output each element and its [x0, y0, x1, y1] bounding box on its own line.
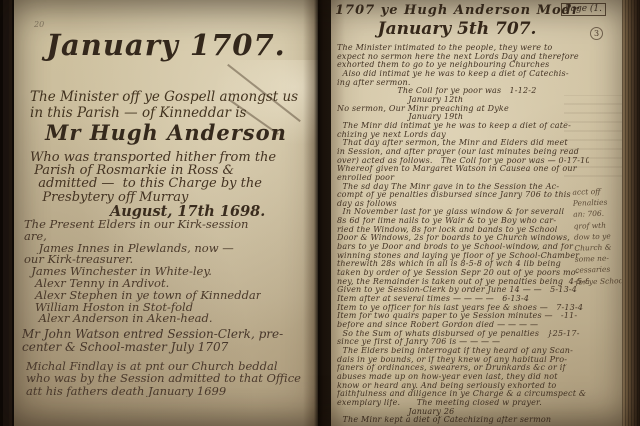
left-page-title: January 1707. [14, 28, 318, 62]
manuscript-line: January 26 [337, 408, 589, 417]
manuscript-line: James Innes in Plewlands, now — [24, 243, 261, 255]
manuscript-line: compt of ye penalties disbursed since Ja… [337, 191, 589, 200]
manuscript-line: day as follows [337, 200, 589, 209]
manuscript-line: therewith 28s which in all is 8-5-8 of w… [337, 260, 589, 269]
manuscript-line: Item after at several times — — — — 6-13… [337, 295, 589, 304]
page-fore-edge [622, 0, 640, 426]
manuscript-line: January 12th [337, 96, 589, 105]
admission-date: August, 17th 1698. [110, 203, 265, 220]
manuscript-line: center & School-master July 1707 [22, 341, 283, 354]
minister-history-paragraph: Who was transported hither from the Pari… [30, 151, 276, 204]
manuscript-line: chizing ye next Lords day [337, 131, 589, 140]
manuscript-line: ing after sermon. [337, 79, 589, 88]
manuscript-line: who was by the Session admitted to that … [26, 372, 301, 384]
manuscript-line: Alexr Stephen in ye town of Kinneddar [24, 290, 261, 302]
manuscript-line: Alexr Tenny in Ardivot. [24, 278, 261, 290]
manuscript-line: Item for two quairs paper to ye Session … [337, 312, 589, 321]
manuscript-line: att his fathers death January 1699 [26, 385, 301, 397]
manuscript-line: Who was transported hither from the [30, 151, 276, 164]
manuscript-line: 8s 6d for lime nails to ye Wair & to ye … [337, 217, 589, 226]
manuscript-line: dals in ye bounds, or if they knew of an… [337, 356, 589, 365]
manuscript-line: Whereof given to Margaret Watson in Caus… [337, 165, 589, 174]
manuscript-line: Alexr Anderson in Aken-head. [24, 313, 261, 325]
manuscript-line: Item to ye officer for his last years fe… [337, 304, 589, 313]
manuscript-line: William Hoston in Stot-fold [24, 302, 261, 314]
manuscript-line: Parish of Rosmarkie in Ross & [30, 164, 276, 177]
manuscript-line: admitted — to this Charge by the [30, 177, 276, 190]
manuscript-line: exemplary life. The meeting closed w pra… [337, 399, 589, 408]
book-binding-edge [0, 0, 14, 426]
manuscript-line: since ye first of Janry 706 is — — — — [337, 338, 589, 347]
manuscript-line: taken by order of ye Session Sepr 20 out… [337, 269, 589, 278]
manuscript-line: James Winchester in White-ley. [24, 266, 261, 278]
manuscript-photo: 20 January 1707. The Minister off ye Gos… [0, 0, 640, 426]
manuscript-line: over) acted as follows. The Coll for ye … [337, 157, 589, 166]
manuscript-line: expect no sermon here the next Lords Day… [337, 53, 589, 62]
page-number-label: Page (1. [561, 3, 606, 16]
church-beadle-note: Michal Findlay is at pnt our Church bedd… [26, 360, 301, 397]
manuscript-line: Mr John Watson entred Session-Clerk, pre… [22, 328, 283, 341]
margin-note: acct offPenaltiesan: 706.qrof wthdow to … [572, 185, 621, 287]
manuscript-line: faithfulness and diligence in ye Charge … [337, 390, 589, 399]
manuscript-line: Michal Findlay is at pnt our Church bedd… [26, 360, 301, 372]
circled-page-number: 3 [590, 27, 603, 40]
manuscript-line: The Minister intimated to the people, th… [337, 44, 589, 53]
right-page: 1707 ye Hugh Anderson Modr Page (1. 3 Ja… [331, 0, 622, 426]
manuscript-line: ried the Window, 8s for lock and bands t… [337, 226, 589, 235]
manuscript-line: Given to ye Session-Clerk by order June … [337, 286, 589, 295]
manuscript-line: Door & Windows, 2s for boards to ye Chur… [337, 234, 589, 243]
manuscript-line: The Minr kept a diet of Catechizing afte… [337, 416, 589, 425]
manuscript-line: faners of ordinances, swearers, or Drunk… [337, 364, 589, 373]
manuscript-line: enrolled poor [337, 174, 589, 183]
session-clerk-note: Mr John Watson entred Session-Clerk, pre… [22, 328, 283, 354]
manuscript-line: abuses made up on how-year even last, th… [337, 373, 589, 382]
manuscript-line: January 19th [337, 113, 589, 122]
manuscript-line: That day after sermon, the Minr and Elde… [337, 139, 589, 148]
manuscript-line: in this Parish — of Kinneddar is [30, 106, 298, 122]
manuscript-line: our Kirk-treasurer. [24, 254, 261, 266]
manuscript-line: exhorted them to go to ye neighbouring C… [337, 61, 589, 70]
elders-list: The Present Elders in our Kirk-sessionar… [24, 219, 261, 325]
manuscript-line: bars to ye Door and brods to ye School-w… [337, 243, 589, 252]
manuscript-line: winning stones and laying ye floor of ye… [337, 252, 589, 261]
session-minutes-text: The Minister intimated to the people, th… [337, 44, 589, 425]
manuscript-line: The Minister off ye Gospell amongst us [30, 90, 298, 106]
minister-intro-paragraph: The Minister off ye Gospell amongst usin… [30, 90, 298, 121]
manuscript-line: are, [24, 231, 261, 243]
manuscript-line: know or heard any. And being seriously e… [337, 382, 589, 391]
manuscript-line: Also did intimat ye he was to keep a die… [337, 70, 589, 79]
left-page: 20 January 1707. The Minister off ye Gos… [14, 0, 318, 426]
manuscript-line: in Session, and after prayer (our last m… [337, 148, 589, 157]
manuscript-line: So the Sum of whats disbursed of ye pena… [337, 330, 589, 339]
manuscript-line: In November last for ye glass window & f… [337, 208, 589, 217]
running-header: 1707 ye Hugh Anderson Modr [335, 3, 580, 18]
manuscript-line: No sermon, Our Minr preaching at Dyke [337, 105, 589, 114]
minister-name: Mr Hugh Anderson [14, 120, 318, 145]
manuscript-line: before and since Robert Gordon died — — … [337, 321, 589, 330]
manuscript-line: The Elders being interrogat if they hear… [337, 347, 589, 356]
manuscript-line: for ye School [575, 275, 621, 288]
manuscript-line: The sd day The Minr gave in to the Sessi… [337, 183, 589, 192]
manuscript-line: The Coll for ye poor was 1-12-2 [337, 87, 589, 96]
manuscript-line: ney, the Remainder is taken out of ye pe… [337, 278, 589, 287]
manuscript-line: Presbytery off Murray [30, 191, 276, 204]
manuscript-line: The Minr did intimat ye he was to keep a… [337, 122, 589, 131]
manuscript-line: The Present Elders in our Kirk-session [24, 219, 261, 231]
entry-date-heading: January 5th 707. [331, 19, 583, 39]
